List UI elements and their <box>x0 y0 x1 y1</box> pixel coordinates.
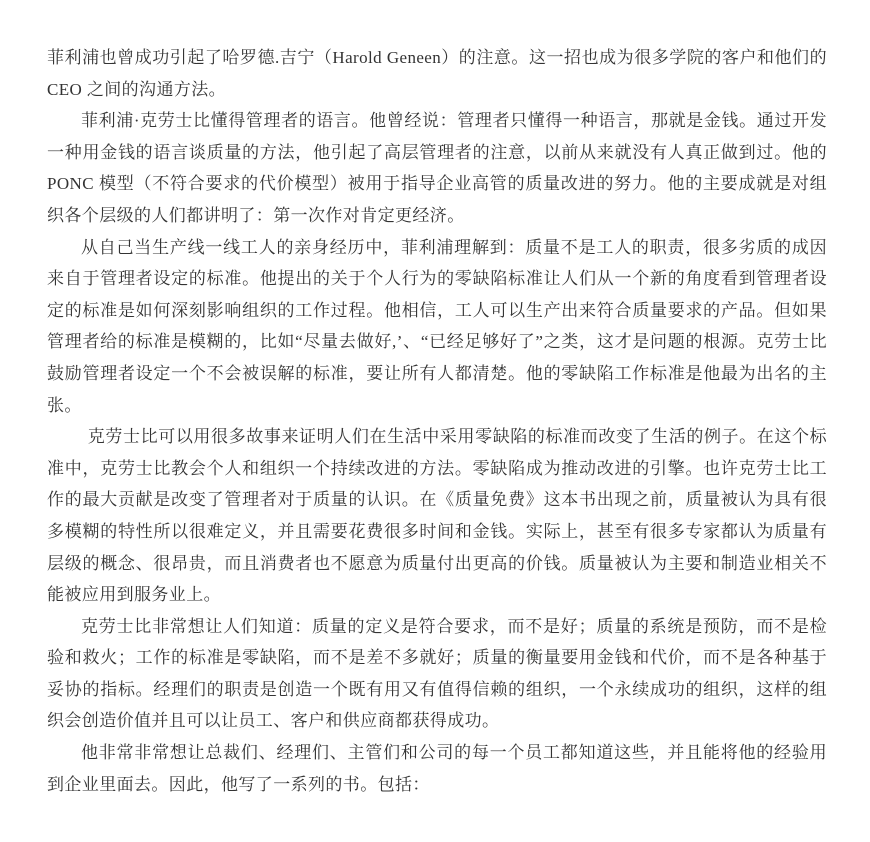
paragraph-4: 克劳士比可以用很多故事来证明人们在生活中采用零缺陷的标准而改变了生活的例子。在这… <box>47 421 827 611</box>
paragraph-3: 从自己当生产线一线工人的亲身经历中，菲利浦理解到：质量不是工人的职责，很多劣质的… <box>47 232 827 422</box>
paragraph-2: 菲利浦·克劳士比懂得管理者的语言。他曾经说：管理者只懂得一种语言，那就是金钱。通… <box>47 105 827 231</box>
paragraph-5: 克劳士比非常想让人们知道：质量的定义是符合要求，而不是好；质量的系统是预防，而不… <box>47 611 827 737</box>
paragraph-1: 菲利浦也曾成功引起了哈罗德.吉宁（Harold Geneen）的注意。这一招也成… <box>47 42 827 105</box>
document-page: 菲利浦也曾成功引起了哈罗德.吉宁（Harold Geneen）的注意。这一招也成… <box>0 0 870 842</box>
paragraph-6: 他非常非常想让总裁们、经理们、主管们和公司的每一个员工都知道这些，并且能将他的经… <box>47 737 827 800</box>
document-body: 菲利浦也曾成功引起了哈罗德.吉宁（Harold Geneen）的注意。这一招也成… <box>47 42 827 800</box>
